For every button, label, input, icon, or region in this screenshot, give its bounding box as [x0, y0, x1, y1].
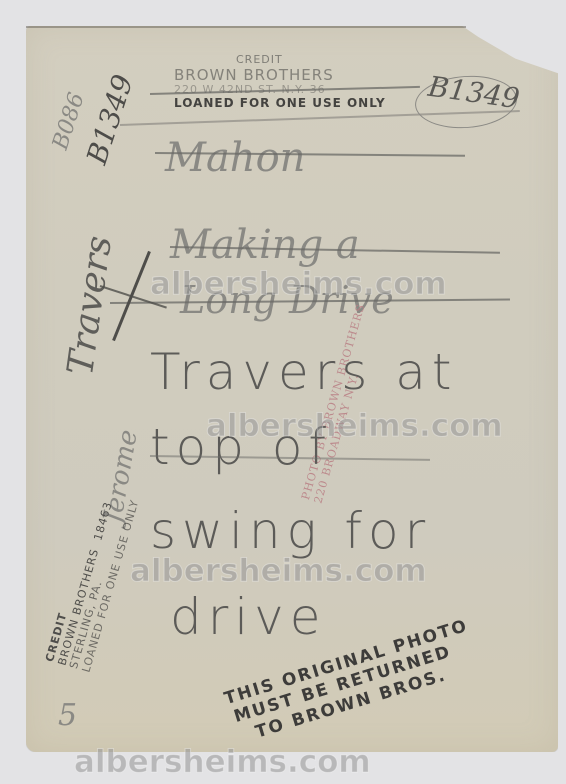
- top-credit-stamp: CREDIT BROWN BROTHERS 220 W 42nd ST. N.Y…: [174, 54, 414, 110]
- card-top-edge: [26, 26, 466, 28]
- watermark: albersheims.com: [74, 744, 371, 780]
- watermark: albersheims.com: [206, 408, 503, 444]
- scanned-photo-back: CREDIT BROWN BROTHERS 220 W 42nd ST. N.Y…: [0, 0, 566, 784]
- stamp-credit-label: CREDIT: [236, 54, 414, 67]
- caption-line-3: swing for: [150, 502, 431, 560]
- watermark: albersheims.com: [150, 266, 447, 302]
- caption-line-4: drive: [170, 588, 327, 646]
- watermark: albersheims.com: [130, 553, 427, 589]
- stamp-loan-notice: LOANED FOR ONE USE ONLY: [174, 97, 414, 111]
- struck-word-mahon: Mahon: [165, 135, 305, 181]
- corner-pencil-mark: 5: [58, 698, 77, 733]
- struck-line-making-a: Making a: [170, 222, 360, 268]
- caption-line-1: Travers at: [150, 343, 458, 401]
- stamp-agency-name: BROWN BROTHERS: [174, 67, 414, 84]
